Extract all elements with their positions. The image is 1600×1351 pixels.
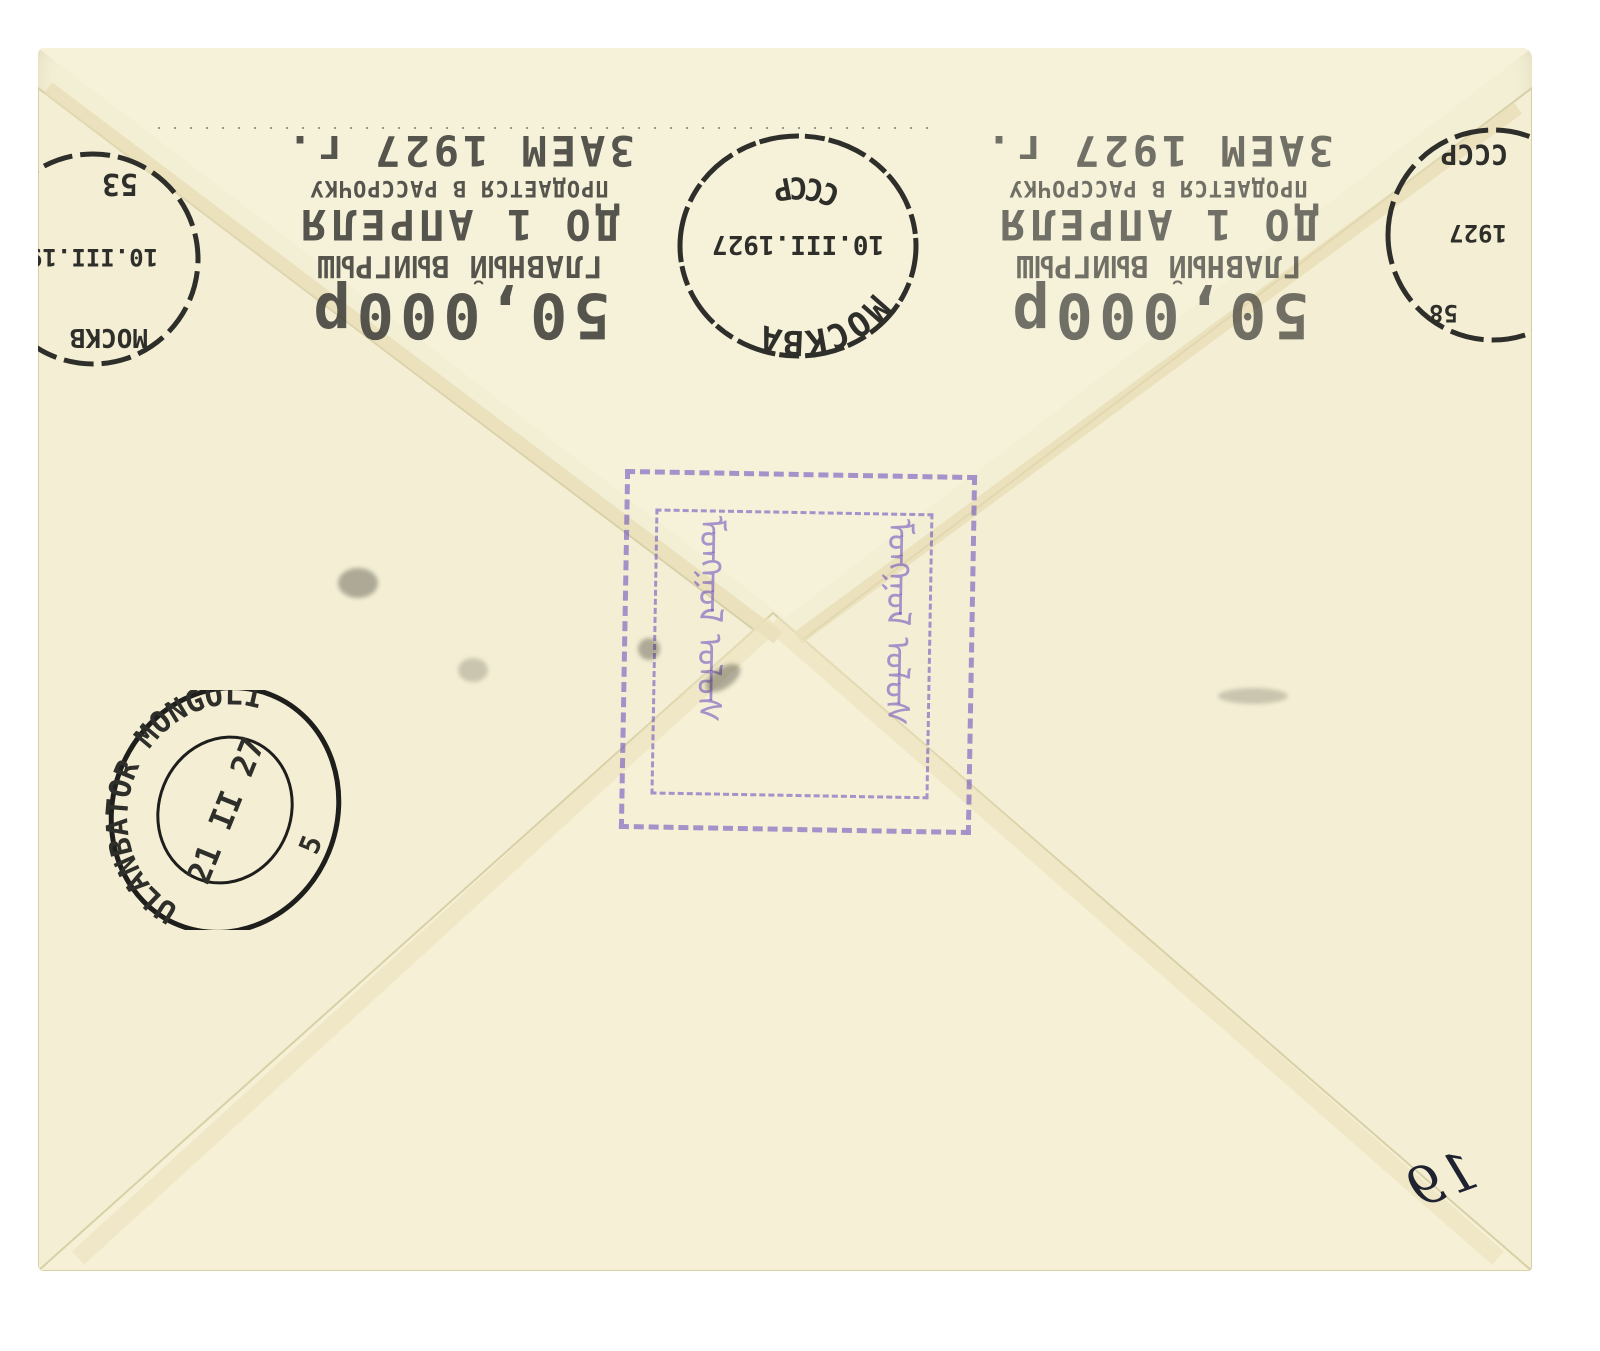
slogan-line-installments: ПРОДАЕТСЯ В РАССРОЧКУ (933, 174, 1383, 200)
postmark-date: 1927 (1449, 219, 1507, 247)
slogan-line-deadline: ДО 1 АПРЕЛЯ (234, 200, 684, 248)
ink-smudge (638, 638, 660, 660)
ink-smudge (338, 568, 378, 598)
postmark-date: 10.III.1927 (712, 229, 884, 259)
postmark-country: СССР (770, 170, 845, 214)
slogan-cancel-left: 50,000р ГЛАВНЫЙ ВЫИГРЫШ ДО 1 АПРЕЛЯ ПРОД… (234, 126, 684, 348)
censor-script-right: ᠮᠣᠩᠭᠣᠯ ᠤᠯᠤᠰ (866, 518, 930, 726)
ulanbator-postmark: ULANBATOR MONGOLIA 21 II 27 5 (90, 690, 360, 930)
postmark-index: 5 (292, 831, 329, 859)
slogan-line-amount: 50,000р (933, 282, 1383, 348)
postmark-date: 21 II 27 (179, 732, 272, 889)
right-partial-postmark: 1927 СССР 58 (1378, 120, 1532, 350)
slogan-line-amount: 50,000р (234, 282, 684, 348)
postmark-country: СССР (1441, 138, 1508, 171)
slogan-line-installments: ПРОДАЕТСЯ В РАССРОЧКУ (234, 174, 684, 200)
svg-text:СССР: СССР (770, 170, 845, 214)
censor-mark: ᠮᠣᠩᠭᠣᠯ ᠤᠯᠤᠰ ᠮᠣᠩᠭᠣᠯ ᠤᠯᠤᠰ (619, 469, 977, 835)
postmark-city: МОСКВ (70, 322, 148, 352)
svg-text:МОСКВА: МОСКВА (756, 287, 897, 362)
envelope-back: 50,000р ГЛАВНЫЙ ВЫИГРЫШ ДО 1 АПРЕЛЯ ПРОД… (38, 48, 1532, 1271)
postmark-number: 58 (1429, 299, 1458, 327)
postmark-city: МОСКВА (756, 287, 897, 362)
slogan-line-prize: ГЛАВНЫЙ ВЫИГРЫШ (234, 248, 684, 282)
ink-smudge (458, 658, 488, 682)
postmark-date: 10.III.19 (38, 243, 158, 271)
left-partial-postmark: 10.III.19 53 МОСКВ (38, 144, 208, 374)
slogan-line-deadline: ДО 1 АПРЕЛЯ (933, 200, 1383, 248)
slogan-cancel-right: 50,000р ГЛАВНЫЙ ВЫИГРЫШ ДО 1 АПРЕЛЯ ПРОД… (933, 126, 1383, 348)
ink-smudge (1218, 688, 1288, 704)
postmark-number: 53 (102, 166, 138, 201)
slogan-line-loan: ЗАЕМ 1927 г. (234, 126, 684, 174)
slogan-line-prize: ГЛАВНЫЙ ВЫИГРЫШ (933, 248, 1383, 282)
moscow-postmark: МОСКВА СССР 10.III.1927 (674, 130, 922, 362)
slogan-line-loan: ЗАЕМ 1927 г. (933, 126, 1383, 174)
